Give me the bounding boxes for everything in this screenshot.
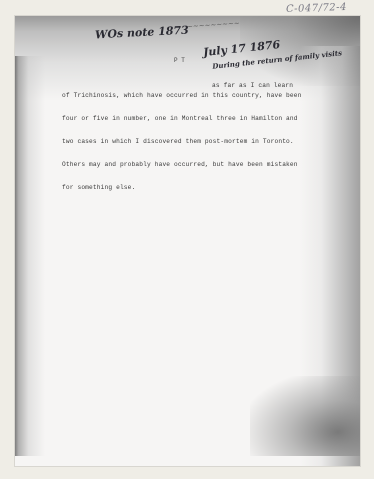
photocopy-shading-bottom-right bbox=[250, 376, 360, 456]
typed-body: as far as I can learn of Trichinosis, wh… bbox=[62, 76, 322, 197]
document-page: WOs note 1873 ~~~~~~~~~ P T July 17 1876… bbox=[14, 15, 361, 467]
body-line: for something else. bbox=[62, 178, 322, 197]
body-line: Others may and probably have occurred, b… bbox=[62, 155, 322, 174]
photocopy-shading-left bbox=[15, 56, 45, 456]
typed-mark: P T bbox=[174, 57, 185, 64]
body-line: of Trichinosis, which have occurred in t… bbox=[62, 86, 322, 105]
archive-reference: C-047/72-4 bbox=[286, 2, 347, 15]
body-line: two cases in which I discovered them pos… bbox=[62, 132, 322, 151]
body-line: four or five in number, one in Montreal … bbox=[62, 109, 322, 128]
